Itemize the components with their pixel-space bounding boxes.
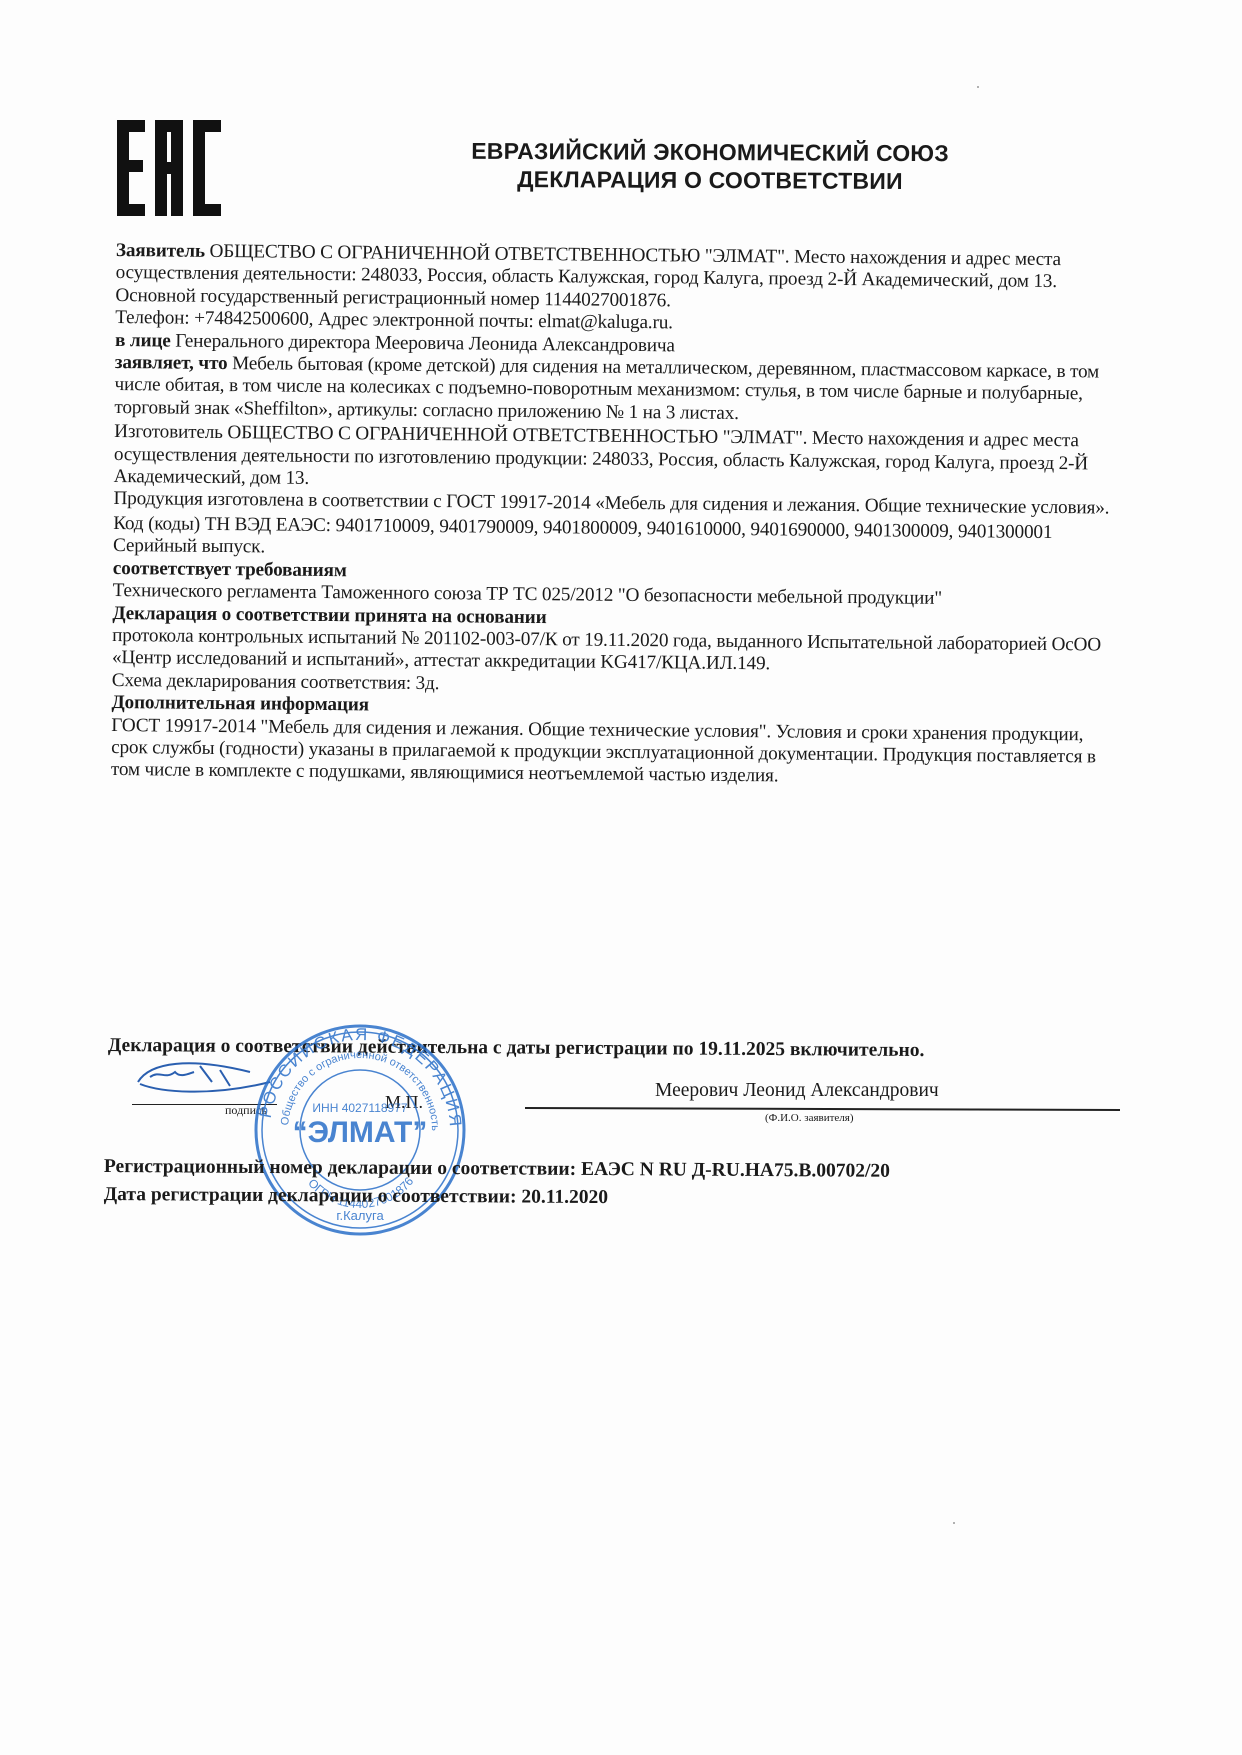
svg-text:“ЭЛМАТ”: “ЭЛМАТ” [293,1116,428,1149]
declares-text: Мебель бытовая (кроме детской) для сиден… [114,353,1099,424]
declaration-body: Заявитель ОБЩЕСТВО С ОГРАНИЧЕННОЙ ОТВЕТС… [111,240,1116,791]
registration-block: Регистрационный номер декларации о соотв… [104,1153,1124,1215]
scan-speck [977,86,979,88]
eac-conformity-mark-icon [115,118,225,218]
person-text: Генерального директора Мееровича Леонида… [171,330,675,356]
manufacturer-text: Изготовитель ОБЩЕСТВО С ОГРАНИЧЕННОЙ ОТВ… [114,421,1115,498]
signer-caption: (Ф.И.О. заявителя) [765,1112,854,1124]
applicant-label: Заявитель [116,240,205,262]
header-declaration-title: ДЕКЛАРАЦИЯ О СООТВЕТСТВИИ [430,165,990,196]
svg-text:ИНН 4027118977: ИНН 4027118977 [312,1101,407,1115]
signer-line [525,1107,1120,1111]
applicant-text: ОБЩЕСТВО С ОГРАНИЧЕННОЙ ОТВЕТСТВЕННОСТЬЮ… [116,241,1061,293]
header-union-title: ЕВРАЗИЙСКИЙ ЭКОНОМИЧЕСКИЙ СОЮЗ [430,137,990,168]
signer-full-name: Меерович Леонид Александрович [655,1080,939,1102]
additional-text: ГОСТ 19917-2014 "Мебель для сидения и ле… [111,715,1112,792]
scan-speck [953,1522,955,1524]
declares-label: заявляет, что [115,352,228,374]
document-header: ЕВРАЗИЙСКИЙ ЭКОНОМИЧЕСКИЙ СОЮЗ ДЕКЛАРАЦИ… [430,137,990,196]
eac-logo [115,118,225,218]
person-label: в лице [115,330,171,352]
declares-block: заявляет, что Мебель бытовая (кроме детс… [114,352,1115,429]
